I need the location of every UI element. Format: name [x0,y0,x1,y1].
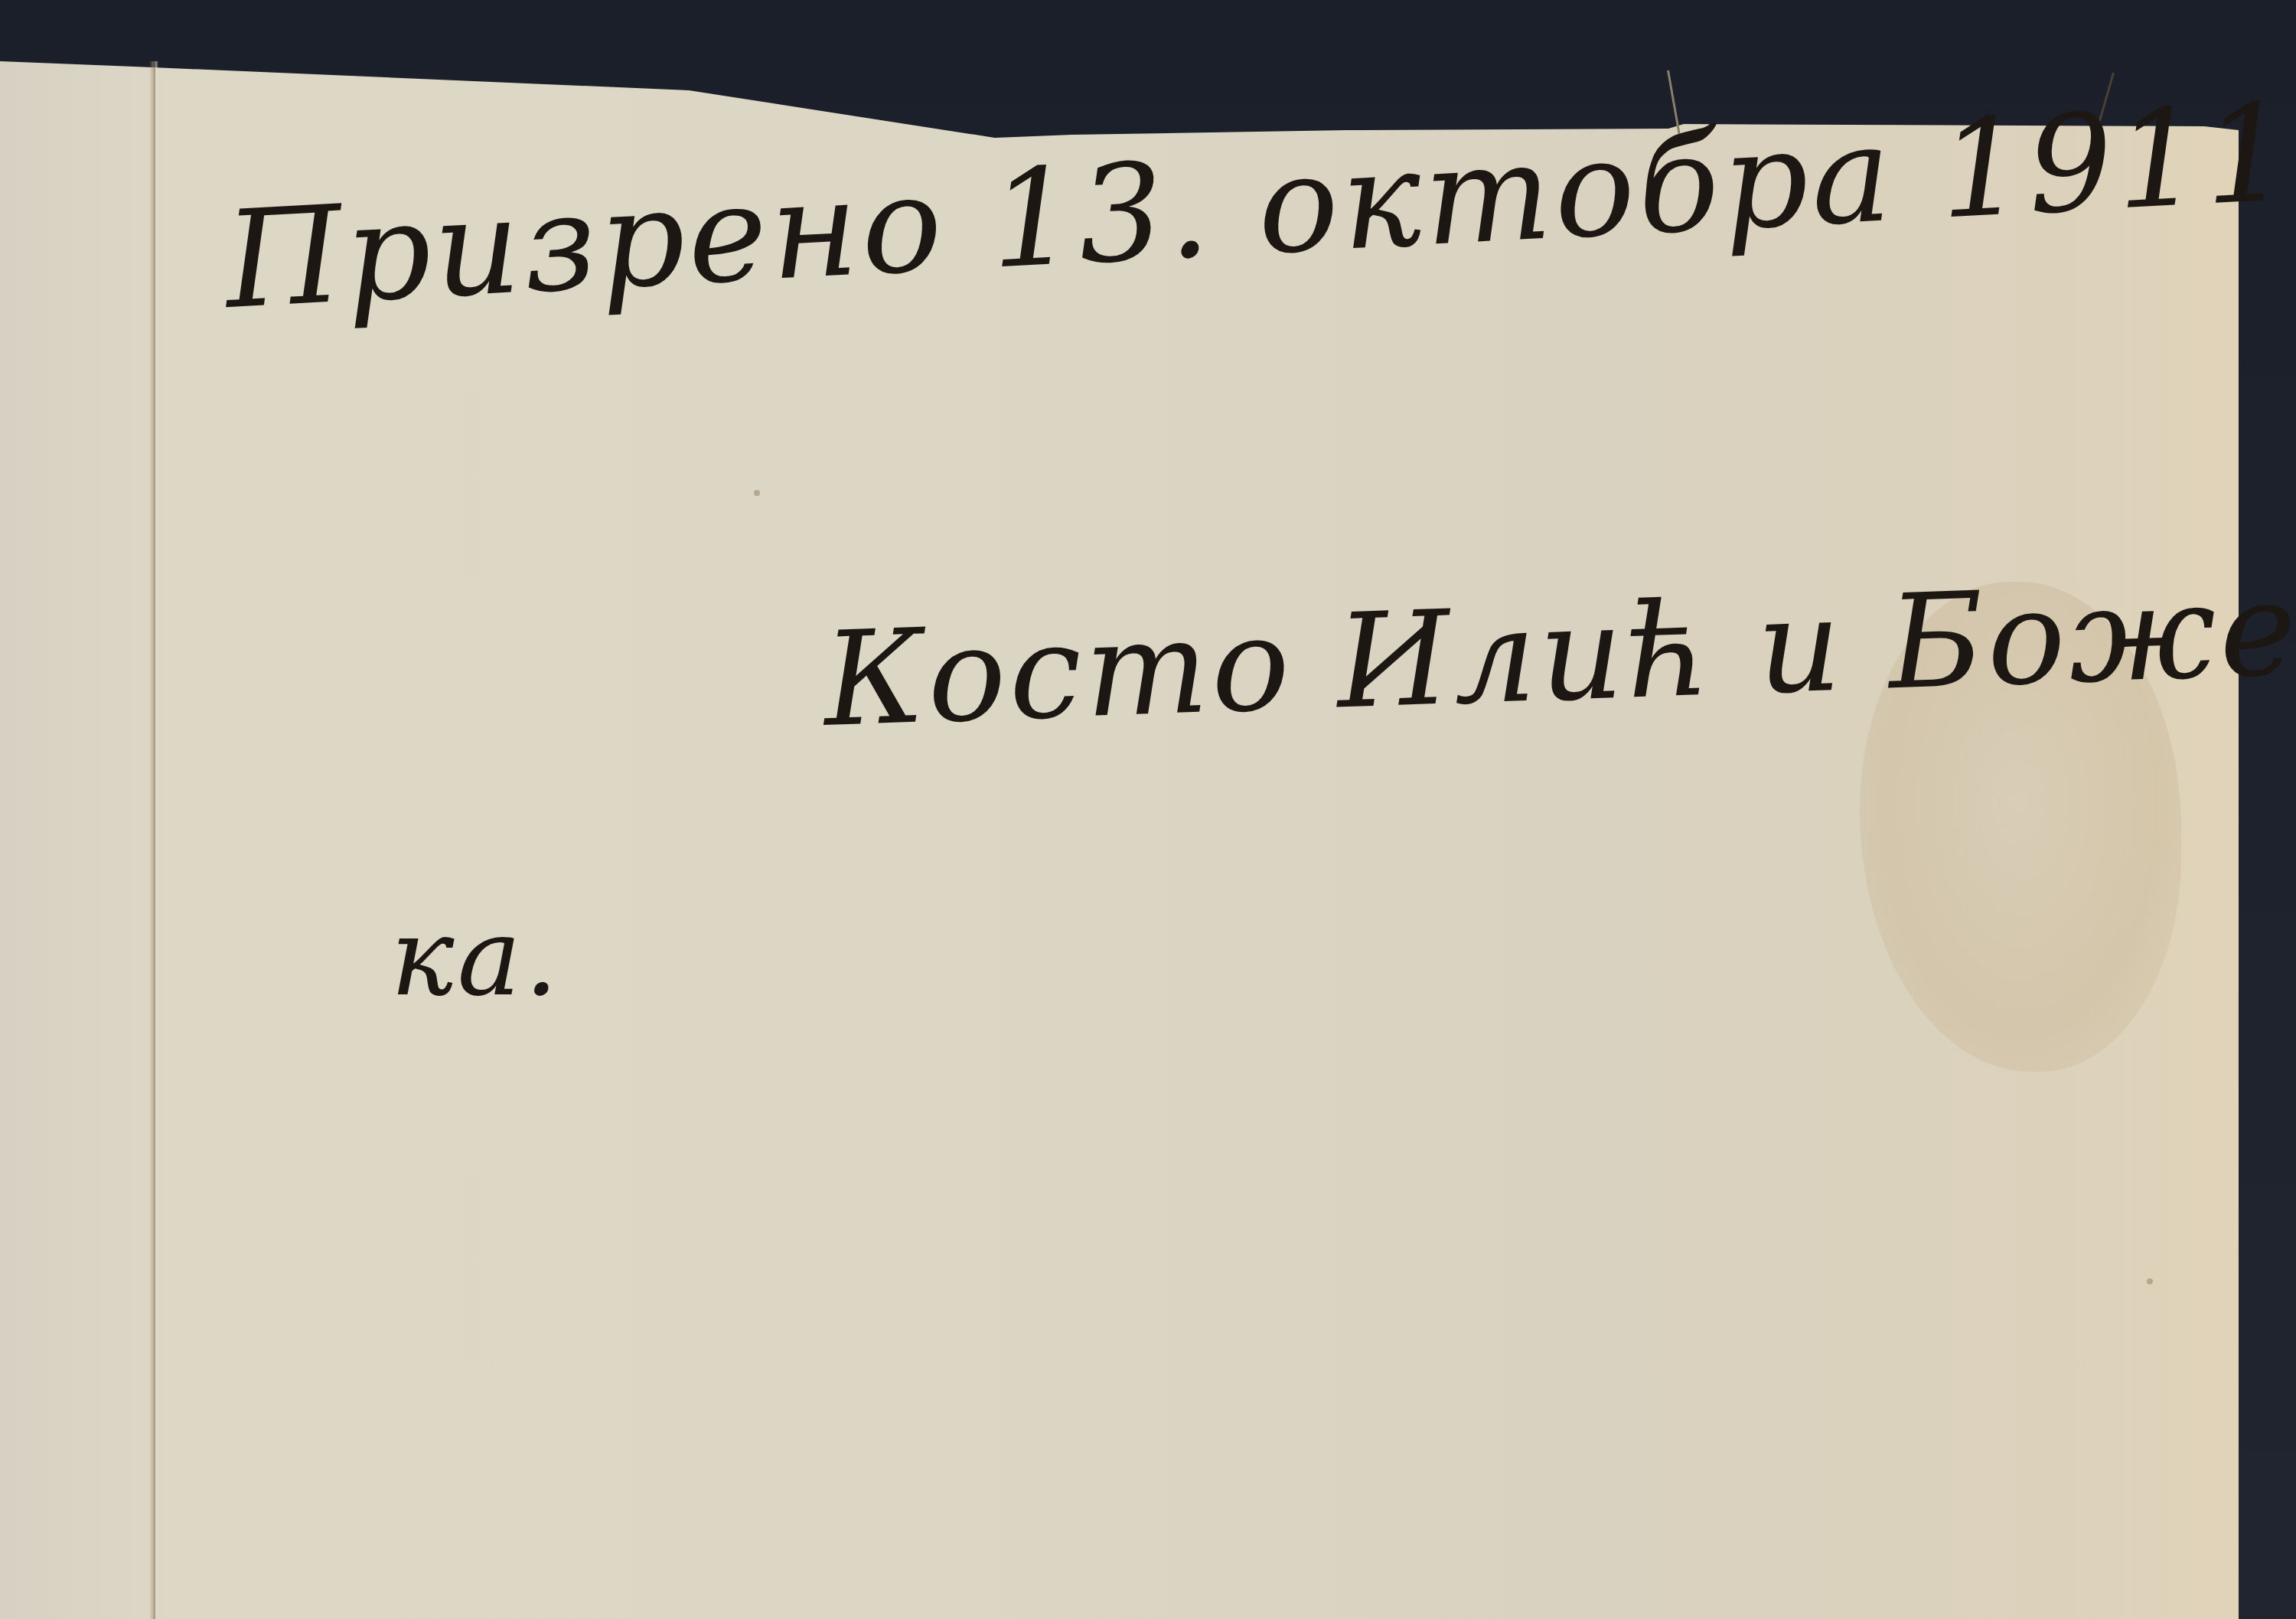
photo-scene: Призрено 13. октобра 1911 Косто Илић и Б… [0,0,2296,1619]
text-fragment: ка. [390,896,562,1020]
fold-crease [149,61,158,1619]
ink-speck [754,490,760,496]
rust-speck [2147,1278,2153,1284]
